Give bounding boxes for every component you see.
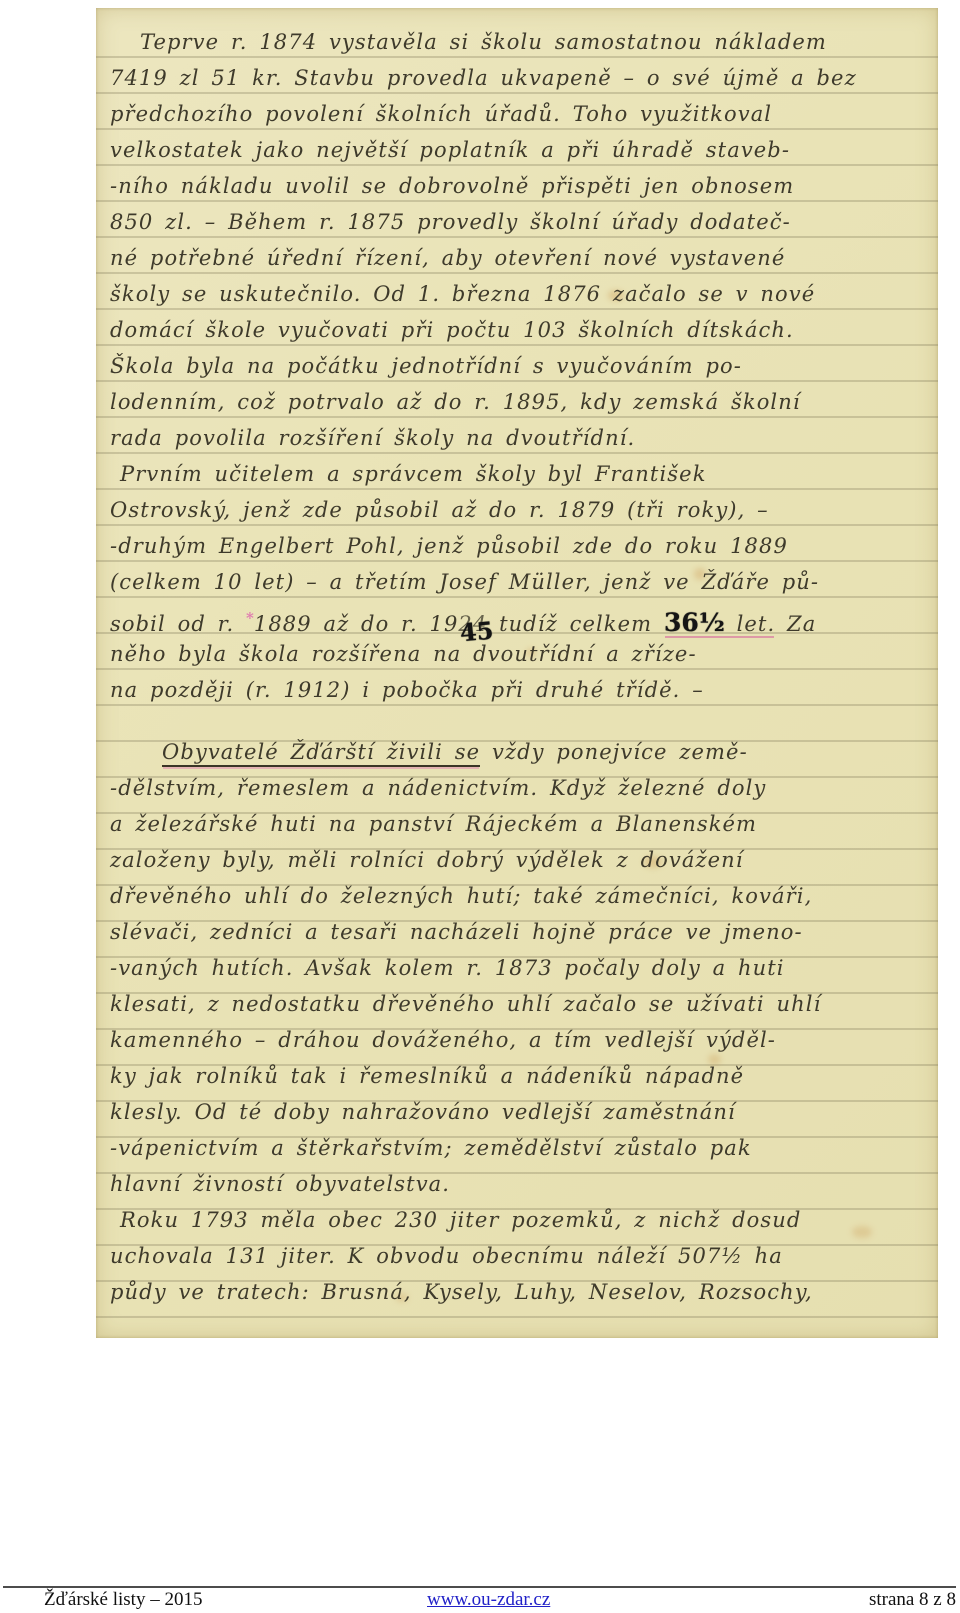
manuscript-line: klesly. Od té doby nahražováno vedlejší … <box>110 1094 932 1130</box>
year-overwrite-wrap: 2445 <box>458 606 487 642</box>
manuscript-line-corrected: sobil od r. *1889 až do r. 192445 tudíž … <box>110 600 932 636</box>
manuscript-line: kamenného – dráhou dováženého, a tím ved… <box>110 1022 932 1058</box>
manuscript-line: předchozího povolení školních úřadů. Toh… <box>110 96 932 132</box>
manuscript-line: Prvním učitelem a správcem školy byl Fra… <box>110 456 932 492</box>
manuscript-line: hlavní živností obyvatelstva. <box>110 1166 932 1202</box>
manuscript-scan: Teprve r. 1874 vystavěla si školu samost… <box>96 8 938 1338</box>
manuscript-line: -dělstvím, řemeslem a nádenictvím. Když … <box>110 770 932 806</box>
manuscript-line: -vaných hutích. Avšak kolem r. 1873 poča… <box>110 950 932 986</box>
manuscript-line: domácí škole vyučovati při počtu 103 ško… <box>110 312 932 348</box>
footer-divider <box>3 1586 956 1588</box>
manuscript-line: lodenním, což potrvalo až do r. 1895, kd… <box>110 384 932 420</box>
manuscript-line: né potřebné úřední řízení, aby otevření … <box>110 240 932 276</box>
manuscript-line: -vápenictvím a štěrkařstvím; zemědělství… <box>110 1130 932 1166</box>
manuscript-heading-line: Obyvatelé Žďárští živili se vždy ponejví… <box>110 734 932 770</box>
manuscript-line: a železářské huti na panství Rájeckém a … <box>110 806 932 842</box>
manuscript-line: rada povolila rozšíření školy na dvoutří… <box>110 420 932 456</box>
manuscript-line: 850 zl. – Během r. 1875 provedly školní … <box>110 204 932 240</box>
manuscript-line: Teprve r. 1874 vystavěla si školu samost… <box>110 24 932 60</box>
footer-publication-label: Žďárské listy – 2015 <box>44 1589 202 1611</box>
correction-line-post: Za <box>775 612 816 636</box>
manuscript-line: půdy ve tratech: Brusná, Kysely, Luhy, N… <box>110 1274 932 1310</box>
manuscript-line: -druhým Engelbert Pohl, jenž působil zde… <box>110 528 932 564</box>
total-years-overwrite: 36½ <box>664 608 725 637</box>
manuscript-line: klesati, z nedostatku dřevěného uhlí zač… <box>110 986 932 1022</box>
manuscript-line: -ního nákladu uvolil se dobrovolně přisp… <box>110 168 932 204</box>
manuscript-line: dřevěného uhlí do železných hutí; také z… <box>110 878 932 914</box>
manuscript-paragraph-1: Teprve r. 1874 vystavěla si školu samost… <box>110 24 932 708</box>
manuscript-line: na později (r. 1912) i pobočka při druhé… <box>110 672 932 708</box>
heading-underlined-text: Obyvatelé Žďárští živili se <box>162 740 480 767</box>
total-years-underlined: 36½ let. <box>664 612 775 636</box>
manuscript-line: (celkem 10 let) – a třetím Josef Müller,… <box>110 564 932 600</box>
manuscript-line: školy se uskutečnilo. Od 1. března 1876 … <box>110 276 932 312</box>
manuscript-line: 7419 zl 51 kr. Stavbu provedla ukvapeně … <box>110 60 932 96</box>
manuscript-line: Ostrovský, jenž zde působil až do r. 187… <box>110 492 932 528</box>
manuscript-line: uchovala 131 jiter. K obvodu obecnímu ná… <box>110 1238 932 1274</box>
asterisk-mark: * <box>246 609 254 627</box>
manuscript-line: založeny byly, měli rolníci dobrý výděle… <box>110 842 932 878</box>
year-correction-overwrite: 45 <box>459 613 495 652</box>
correction-line-pre: sobil od r. <box>110 612 246 636</box>
correction-line-mid: tudíž celkem <box>487 612 664 636</box>
footer-page-number: strana 8 z 8 <box>869 1589 956 1611</box>
manuscript-line: slévači, zedníci a tesaři nacházeli hojn… <box>110 914 932 950</box>
total-years-unit: let. <box>725 612 775 636</box>
manuscript-line: něho byla škola rozšířena na dvoutřídní … <box>110 636 932 672</box>
manuscript-line: Roku 1793 měla obec 230 jiter pozemků, z… <box>110 1202 932 1238</box>
heading-rest-text: vždy ponejvíce země- <box>480 740 748 764</box>
manuscript-line: velkostatek jako největší poplatník a př… <box>110 132 932 168</box>
correction-line-yearbase: 1889 až do r. 19 <box>254 612 459 636</box>
manuscript-paragraph-2: Obyvatelé Žďárští živili se vždy ponejví… <box>110 734 932 1310</box>
manuscript-line: ky jak rolníků tak i řemeslníků a nádení… <box>110 1058 932 1094</box>
manuscript-line: Škola byla na počátku jednotřídní s vyuč… <box>110 348 932 384</box>
footer-website-link[interactable]: www.ou-zdar.cz <box>427 1589 550 1611</box>
